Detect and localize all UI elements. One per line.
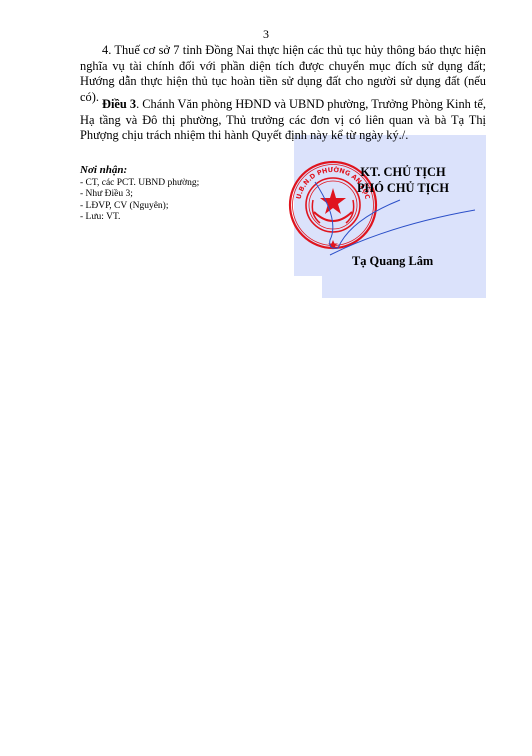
article-3: Điều 3. Chánh Văn phòng HĐND và UBND phư… bbox=[80, 97, 486, 144]
paragraph-4-text: 4. Thuế cơ sở 7 tỉnh Đồng Nai thực hiện … bbox=[80, 43, 486, 104]
article-3-label: Điều 3 bbox=[102, 97, 136, 111]
signature-title-block: KT. CHỦ TỊCH PHÓ CHỦ TỊCH bbox=[338, 164, 468, 196]
signature-title-line2: PHÓ CHỦ TỊCH bbox=[338, 180, 468, 196]
selection-highlight bbox=[322, 276, 486, 298]
paragraph-4: 4. Thuế cơ sở 7 tỉnh Đồng Nai thực hiện … bbox=[80, 43, 486, 105]
recipient-item: - Lưu: VT. bbox=[80, 212, 199, 224]
recipients-title: Nơi nhận: bbox=[80, 165, 199, 177]
recipient-item: - CT, các PCT. UBND phường; bbox=[80, 178, 199, 190]
page-number: 3 bbox=[0, 27, 532, 42]
recipient-item: - LĐVP, CV (Nguyên); bbox=[80, 201, 199, 213]
article-3-text: . Chánh Văn phòng HĐND và UBND phường, T… bbox=[80, 97, 486, 142]
signer-name: Tạ Quang Lâm bbox=[352, 254, 433, 269]
recipient-item: - Như Điều 3; bbox=[80, 189, 199, 201]
signature-title-line1: KT. CHỦ TỊCH bbox=[338, 164, 468, 180]
recipients-block: Nơi nhận: - CT, các PCT. UBND phường; - … bbox=[80, 165, 199, 224]
